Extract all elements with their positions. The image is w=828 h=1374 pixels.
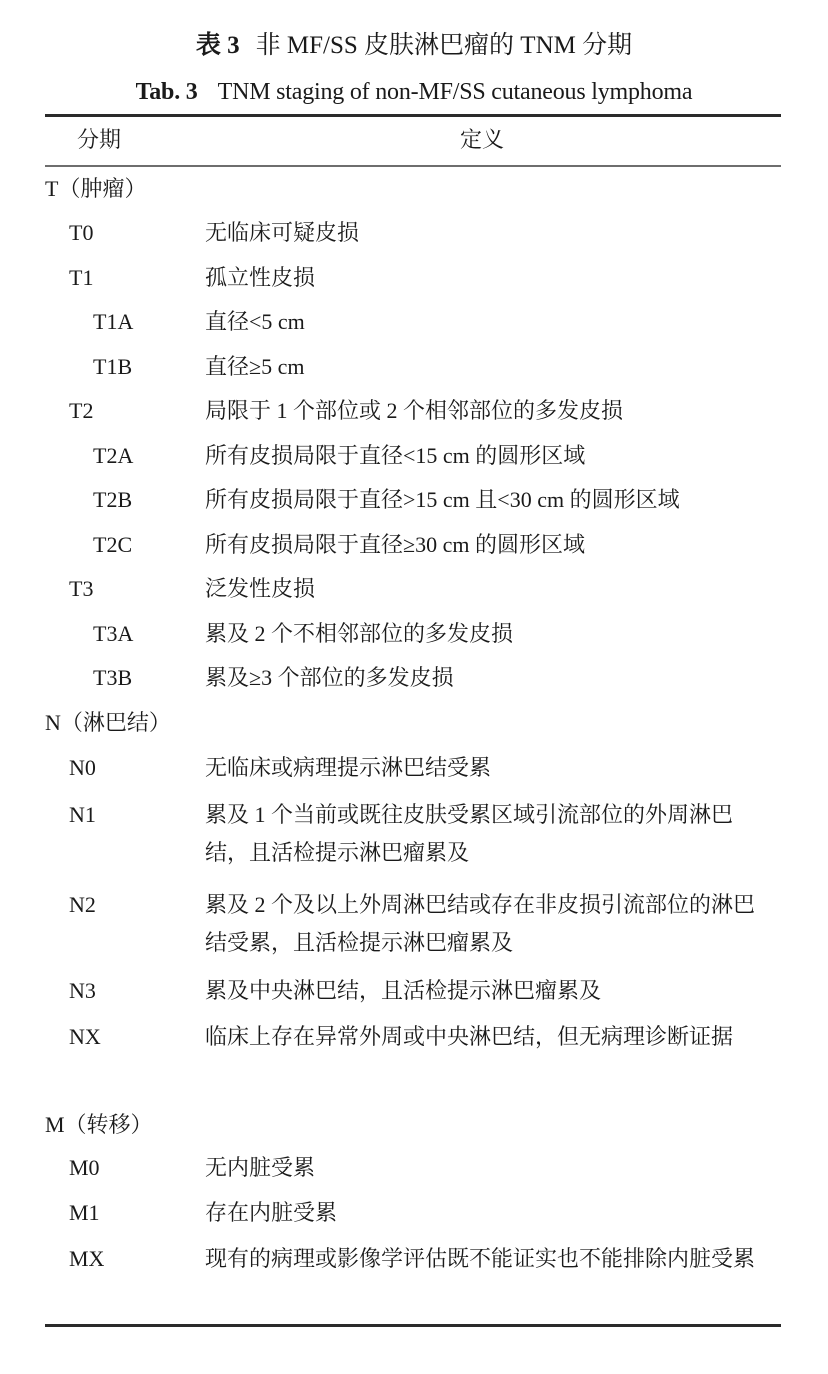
table-top-rule [45,114,781,117]
stage-cell: N3 [69,972,96,1010]
table-number-en: Tab. 3 [136,79,198,105]
stage-cell: T3B [93,659,132,697]
definition-cell: 无临床可疑皮损 [205,214,775,252]
definition-cell: 累及 2 个及以上外周淋巴结或存在非皮损引流部位的淋巴结受累，且活检提示淋巴瘤累… [205,886,775,962]
definition-cell: 泛发性皮损 [205,570,775,608]
stage-cell: M1 [69,1194,100,1232]
stage-cell: T1 [69,259,93,297]
stage-cell: T2A [93,437,133,475]
table-bottom-rule [45,1324,781,1327]
stage-cell: T2C [93,526,132,564]
definition-cell: 所有皮损局限于直径<15 cm 的圆形区域 [205,437,775,475]
stage-cell: NX [69,1018,101,1056]
definition-cell: 累及≥3 个部位的多发皮损 [205,659,775,697]
definition-cell: 所有皮损局限于直径>15 cm 且<30 cm 的圆形区域 [205,481,775,519]
stage-cell: N1 [69,796,96,834]
definition-cell: 累及中央淋巴结，且活检提示淋巴瘤累及 [205,972,775,1010]
definition-cell: 所有皮损局限于直径≥30 cm 的圆形区域 [205,526,775,564]
stage-cell: T3 [69,570,93,608]
table-title-english: Tab. 3TNM staging of non-MF/SS cutaneous… [0,74,828,110]
column-header-definition: 定义 [460,121,504,159]
table-title-chinese: 表 3非 MF/SS 皮肤淋巴瘤的 TNM 分期 [0,28,828,64]
stage-cell: T1A [93,303,133,341]
stage-cell: T2B [93,481,132,519]
stage-cell: T3A [93,615,133,653]
definition-cell: 现有的病理或影像学评估既不能证实也不能排除内脏受累 [205,1240,775,1278]
table-number-cn: 表 3 [196,32,240,59]
definition-cell: 直径≥5 cm [205,348,775,386]
stage-cell: T2 [69,392,93,430]
table-caption-cn: 非 MF/SS 皮肤淋巴瘤的 TNM 分期 [256,32,632,59]
stage-cell: T0 [69,214,93,252]
stage-cell: N0 [69,749,96,787]
definition-cell: 存在内脏受累 [205,1194,775,1232]
definition-cell: 孤立性皮损 [205,259,775,297]
stage-cell: T1B [93,348,132,386]
definition-cell: 无临床或病理提示淋巴结受累 [205,749,775,787]
stage-cell: M0 [69,1149,100,1187]
section-header-node: N（淋巴结） [45,704,171,742]
section-header-metastasis: M（转移） [45,1106,153,1144]
table-caption-en: TNM staging of non-MF/SS cutaneous lymph… [218,79,693,105]
column-header-stage: 分期 [77,121,121,159]
stage-cell: MX [69,1240,104,1278]
definition-cell: 累及 1 个当前或既往皮肤受累区域引流部位的外周淋巴结，且活检提示淋巴瘤累及 [205,796,775,872]
definition-cell: 累及 2 个不相邻部位的多发皮损 [205,615,775,653]
table-header-rule [45,165,781,167]
definition-cell: 临床上存在异常外周或中央淋巴结，但无病理诊断证据 [205,1018,775,1056]
definition-cell: 直径<5 cm [205,303,775,341]
definition-cell: 局限于 1 个部位或 2 个相邻部位的多发皮损 [205,392,775,430]
stage-cell: N2 [69,886,96,924]
definition-cell: 无内脏受累 [205,1149,775,1187]
section-header-tumor: T（肿瘤） [45,170,146,208]
